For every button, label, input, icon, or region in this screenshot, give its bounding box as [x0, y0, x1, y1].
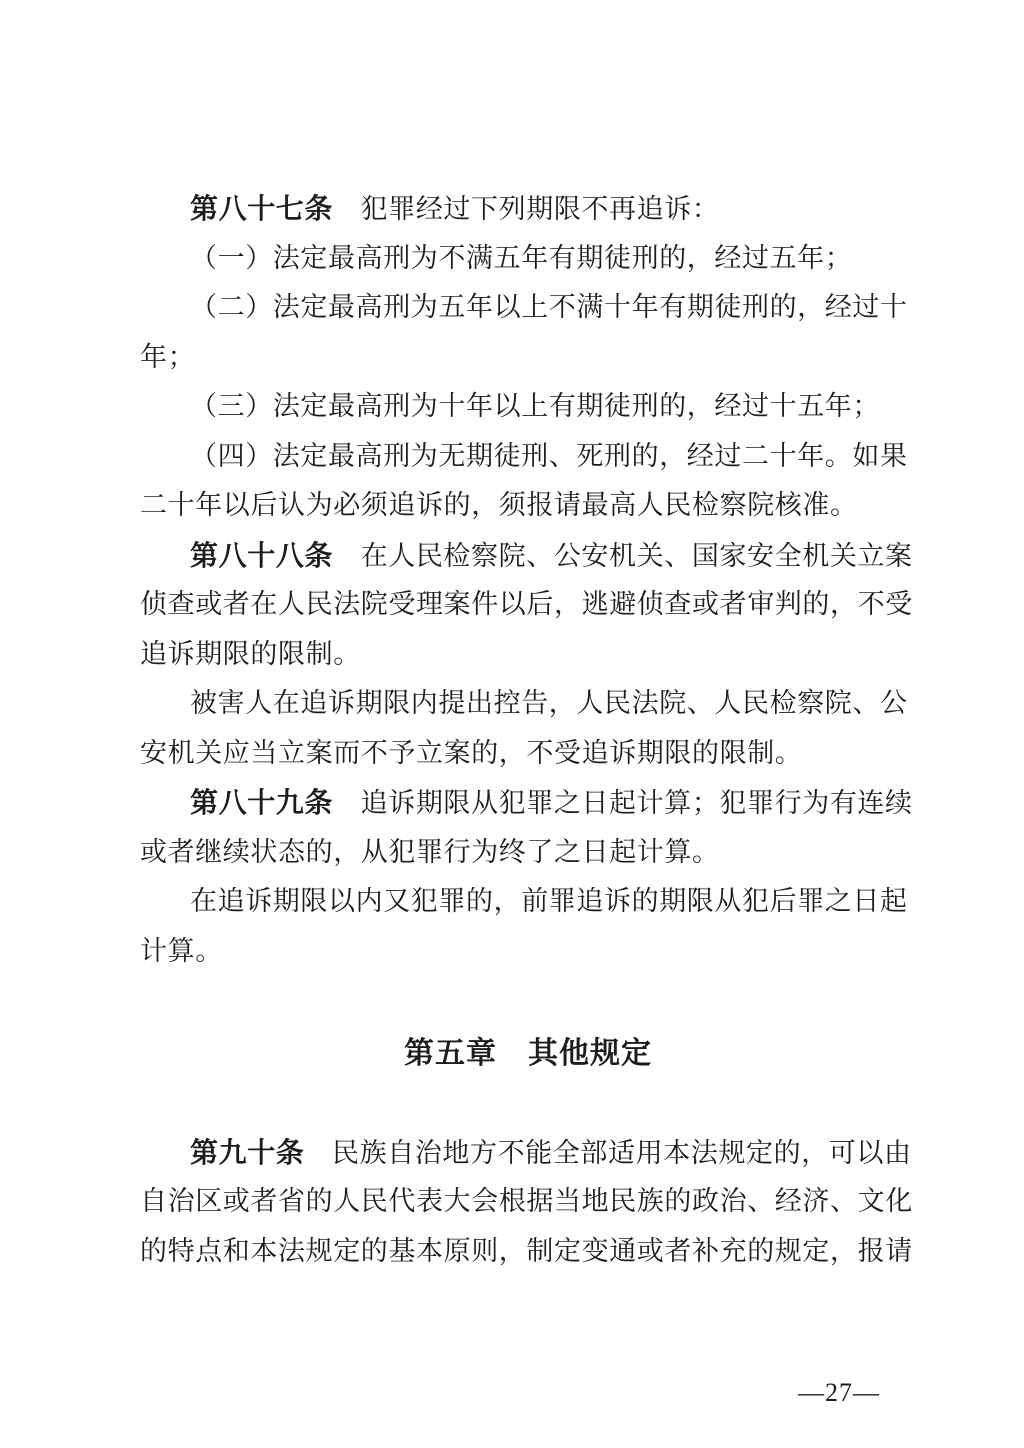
article-first-line: 第八十九条 追诉期限从犯罪之日起计算；犯罪行为有连续: [140, 778, 916, 828]
text-line: 二十年以后认为必须追诉的，须报请最高人民检察院核准。: [140, 481, 916, 531]
text-line: 安机关应当立案而不予立案的，不受追诉期限的限制。: [140, 729, 916, 779]
law-paragraph: （二）法定最高刑为五年以上不满十年有期徒刑的，经过十年；: [140, 283, 916, 382]
article-first-line: 第八十七条 犯罪经过下列期限不再追诉：: [140, 184, 916, 234]
law-paragraph: 第八十九条 追诉期限从犯罪之日起计算；犯罪行为有连续或者继续状态的，从犯罪行为终…: [140, 778, 916, 877]
document-body: 第八十七条 犯罪经过下列期限不再追诉：（一）法定最高刑为不满五年有期徒刑的，经过…: [140, 184, 916, 1276]
text-line: 年；: [140, 333, 916, 383]
article-number: 第九十条: [190, 1137, 304, 1168]
text-line: 自治区或者省的人民代表大会根据当地民族的政治、经济、文化: [140, 1177, 916, 1227]
document-page: 第八十七条 犯罪经过下列期限不再追诉：（一）法定最高刑为不满五年有期徒刑的，经过…: [0, 0, 1024, 1448]
law-paragraph: 被害人在追诉期限内提出控告，人民法院、人民检察院、公安机关应当立案而不予立案的，…: [140, 679, 916, 778]
text-line: （一）法定最高刑为不满五年有期徒刑的，经过五年；: [140, 234, 916, 284]
text-line: 的特点和本法规定的基本原则，制定变通或者补充的规定，报请: [140, 1227, 916, 1277]
law-paragraph: 第九十条 民族自治地方不能全部适用本法规定的，可以由自治区或者省的人民代表大会根…: [140, 1128, 916, 1277]
chapter-heading: 第五章 其他规定: [140, 1029, 916, 1079]
law-paragraph: 第八十七条 犯罪经过下列期限不再追诉：: [140, 184, 916, 234]
article-number: 第八十九条: [190, 787, 333, 818]
page-number: —27—: [798, 1378, 880, 1408]
law-paragraph: （一）法定最高刑为不满五年有期徒刑的，经过五年；: [140, 234, 916, 284]
article-first-line: 第八十八条 在人民检察院、公安机关、国家安全机关立案: [140, 531, 916, 581]
text-line: （四）法定最高刑为无期徒刑、死刑的，经过二十年。如果: [140, 432, 916, 482]
text-line: 或者继续状态的，从犯罪行为终了之日起计算。: [140, 828, 916, 878]
article-first-line: 第九十条 民族自治地方不能全部适用本法规定的，可以由: [140, 1128, 916, 1178]
text-line: （二）法定最高刑为五年以上不满十年有期徒刑的，经过十: [140, 283, 916, 333]
law-paragraph: （三）法定最高刑为十年以上有期徒刑的，经过十五年；: [140, 382, 916, 432]
law-paragraph: 第八十八条 在人民检察院、公安机关、国家安全机关立案侦查或者在人民法院受理案件以…: [140, 531, 916, 680]
law-paragraph: （四）法定最高刑为无期徒刑、死刑的，经过二十年。如果二十年以后认为必须追诉的，须…: [140, 432, 916, 531]
text-line: 侦查或者在人民法院受理案件以后，逃避侦查或者审判的，不受: [140, 580, 916, 630]
law-paragraph: 在追诉期限以内又犯罪的，前罪追诉的期限从犯后罪之日起计算。: [140, 877, 916, 976]
article-number: 第八十七条: [190, 193, 333, 224]
text-line: 在追诉期限以内又犯罪的，前罪追诉的期限从犯后罪之日起: [140, 877, 916, 927]
text-line: 追诉期限的限制。: [140, 630, 916, 680]
article-number: 第八十八条: [190, 540, 333, 571]
text-line: 计算。: [140, 927, 916, 977]
text-line: 被害人在追诉期限内提出控告，人民法院、人民检察院、公: [140, 679, 916, 729]
text-line: （三）法定最高刑为十年以上有期徒刑的，经过十五年；: [140, 382, 916, 432]
